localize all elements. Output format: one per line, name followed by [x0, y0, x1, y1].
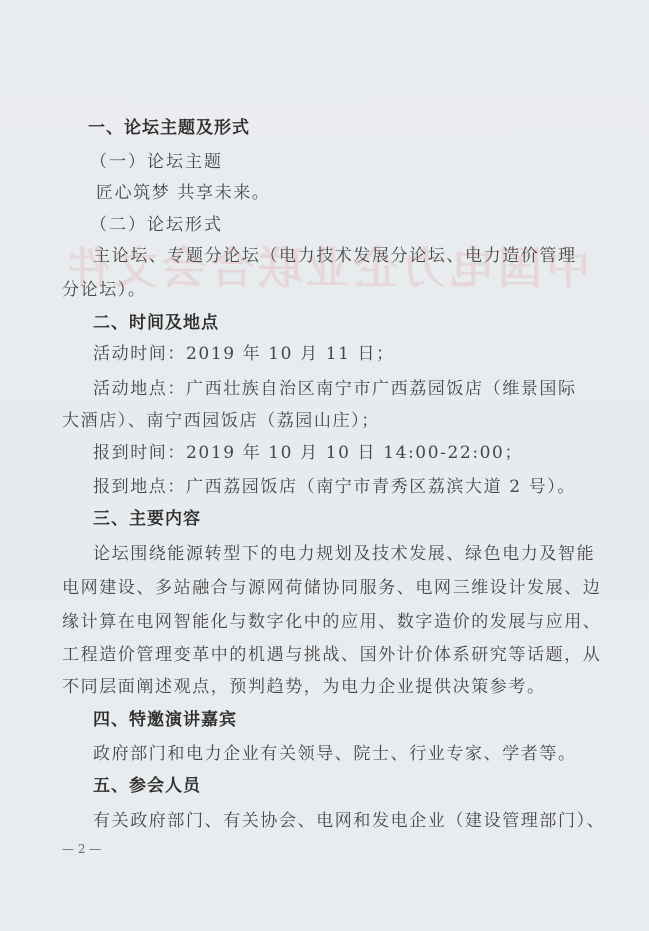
section-heading-5: 五、参会人员 [93, 775, 201, 797]
event-place-1: 活动地点：广西壮族自治区南宁市广西荔园饭店（维景国际 [93, 378, 577, 400]
forum-theme-text: 匠心筑梦 共享未来。 [96, 182, 270, 204]
registration-time: 报到时间：2019 年 10 月 10 日 14:00-22:00； [93, 442, 523, 464]
subheading-forum-format: （二）论坛形式 [90, 214, 223, 236]
event-place-2: 大酒店）、南宁西园饭店（荔园山庄）； [62, 410, 380, 432]
page-number: — 2 — [62, 842, 101, 856]
main-content-line-5: 不同层面阐述观点，预判趋势，为电力企业提供决策参考。 [62, 676, 546, 698]
main-content-line-1: 论坛围绕能源转型下的电力规划及技术发展、绿色电力及智能 [93, 543, 595, 565]
forum-format-text-2: 分论坛）。 [62, 279, 147, 301]
section-heading-3: 三、主要内容 [93, 508, 201, 530]
section-heading-1: 一、论坛主题及形式 [88, 117, 250, 139]
main-content-line-2: 电网建设、多站融合与源网荷储协同服务、电网三维设计发展、边 [62, 577, 601, 599]
main-content-line-4: 工程造价管理变革中的机遇与挑战、国外计价体系研究等话题，从 [62, 644, 601, 666]
section-heading-2: 二、时间及地点 [93, 312, 219, 334]
main-content-line-3: 缘计算在电网智能化与数字化中的应用、数字造价的发展与应用、 [62, 611, 601, 633]
document-page: 中国电力企业联合会文件 一、论坛主题及形式 （一）论坛主题 匠心筑梦 共享未来。… [0, 0, 649, 931]
section-heading-4: 四、特邀演讲嘉宾 [93, 709, 237, 731]
participants-text: 有关政府部门、有关协会、电网和发电企业（建设管理部门）、 [93, 810, 605, 832]
forum-format-text-1: 主论坛、专题分论坛（电力技术发展分论坛、电力造价管理 [93, 245, 577, 267]
registration-place: 报到地点：广西荔园饭店（南宁市青秀区荔滨大道 2 号）。 [93, 476, 576, 498]
invited-speakers-text: 政府部门和电力企业有关领导、院士、行业专家、学者等。 [93, 743, 577, 765]
event-time: 活动时间：2019 年 10 月 11 日； [93, 343, 395, 365]
subheading-forum-theme: （一）论坛主题 [90, 151, 223, 173]
